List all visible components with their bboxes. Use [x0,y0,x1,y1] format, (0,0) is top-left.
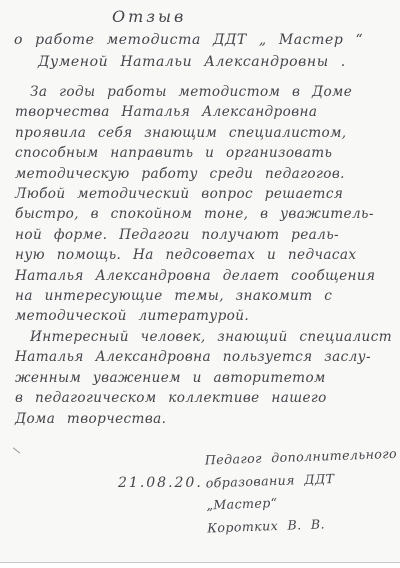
signature-block: Педагог дополнительного образования ДДТ … [204,443,400,540]
body-line: способным направить и организовать [15,143,394,163]
body-line: творчества Наталья Александровна [15,102,394,122]
subtitle-line-1: о работе методиста ДДТ „ Мастер “ [14,29,400,51]
body-line: Интересный человек, знающий специалист [15,327,394,347]
body-line: методической литературой. [15,306,394,326]
body-line: быстро, в спокойном тоне, в уважитель- [15,204,394,224]
footer-block: 21.08.20. Педагог дополнительного образо… [0,444,400,534]
review-body-text: За годы работы методистом в Доме творчес… [15,82,394,429]
signature-line-org: образования ДДТ „Мастер“ [205,465,400,517]
body-line: Наталья Александровна пользуется заслу- [15,347,394,367]
body-line: в педагогическом коллективе нашего [15,388,394,408]
body-line: проявила себя знающим специалистом, [15,123,394,143]
body-line: Наталья Александровна делает сообщения [15,266,394,286]
scanned-handwritten-review-page: Отзыв о работе методиста ДДТ „ Мастер “ … [0,0,400,568]
body-line: За годы работы методистом в Доме [15,82,394,102]
body-line: методическую работу среди педагогов. [15,164,394,184]
body-line: женным уважением и авторитетом [15,368,394,388]
body-line: Дома творчества. [15,409,394,429]
body-line: ную помощь. На педсоветах и педчасах [15,245,394,265]
date-text: 21.08.20. [118,475,203,491]
body-line: Любой методический вопрос решается [15,184,394,204]
subtitle-line-2: Думеной Натальи Александровны . [38,51,400,73]
body-line: ной форме. Педагоги получают реаль- [15,225,394,245]
scan-bottom-strip [0,563,400,568]
page-title: Отзыв [112,7,400,26]
body-line: на интересующие темы, знакомит с [15,286,394,306]
